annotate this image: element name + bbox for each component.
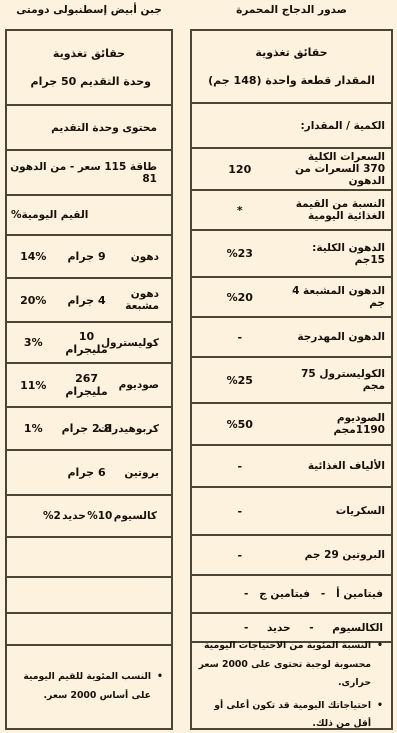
page: جبن أبيض إسطنبولى دومتى صدور الدجاج المح… [0,0,397,733]
row-label: كوليسترول [114,337,171,349]
row-percent: 14% [7,250,59,263]
table-row: محتوى وحدة التقديم [7,106,171,151]
row-label: حديد [267,622,291,634]
row-label: النسبة من القيمة الغذائية اليومية [288,198,391,222]
row-value: %2 [43,510,61,522]
table-row: الدهون الكلية: 15جم%23 [192,231,391,278]
nutrition-table-cheese: حقائق تغذوية وحدة التقديم 50 جرام محتوى … [5,29,173,730]
row-amount: 10 مليجرام [60,330,114,356]
row-label: طاقة 115 سعر - من الدهون 81 [7,161,171,185]
row-label: الكالسيوم [332,622,383,634]
row-value: %10 [87,510,112,522]
row-label: الصوديوم 1190مجم [288,412,391,436]
header-facts-label: حقائق تغذوية [7,47,171,60]
row-value: * [192,204,288,217]
table-row: الدهون المشبعة 4 جم%20 [192,278,391,318]
row-label: كربوهيدرات [114,423,171,435]
row-label: فيتامين أ [336,588,383,600]
row-percent: 20% [7,294,59,307]
table-header: حقائق تغذوية وحدة التقديم 50 جرام [7,31,171,106]
row-value: %23 [192,247,288,260]
row-value: - [192,331,288,344]
header-facts-label: حقائق تغذوية [192,46,391,59]
table-row: كالسيوم%10حديد%2 [7,496,171,538]
table-row: صوديوم267 مليجرام11% [7,364,171,408]
header-serving-label: وحدة التقديم 50 جرام [7,75,171,88]
row-value: %50 [192,418,288,431]
table-row: الصوديوم 1190مجم%50 [192,404,391,446]
bullet-icon: • [377,637,383,693]
footnote-text: النسب المئوية للقيم اليومية على أساس 200… [11,668,151,705]
row-label: الدهون المشبعة 4 جم [288,285,391,309]
row-percent: 11% [7,379,59,392]
footnote-text: احتياجاتك اليومية قد تكون أعلى أو أقل من… [196,697,371,733]
bullet-icon: • [377,697,383,733]
row-label: الكمية / المقدار: [192,120,391,132]
table-header: حقائق تغذوية المقدار قطعة واحدة (148 جم) [192,31,391,104]
row-label: دهون مشبعة [114,288,171,312]
footnote: •النسبة المئوية من الاحتياجات اليومية مح… [196,637,383,693]
row-value: - [192,505,288,518]
footnote: •النسب المئوية للقيم اليومية على أساس 20… [11,668,163,705]
row-label: دهون [114,251,171,263]
row-amount: 9 جرام [60,250,114,263]
left-table-title: جبن أبيض إسطنبولى دومتى [5,4,173,16]
row-label: القيم اليومية% [7,209,171,221]
bullet-icon: • [157,668,163,705]
table-row: البروتين 29 جم- [192,536,391,576]
header-serving-label: المقدار قطعة واحدة (148 جم) [192,74,391,87]
table-footnotes: •النسبة المئوية من الاحتياجات اليومية مح… [192,643,391,728]
row-percent: 3% [7,336,59,349]
footnote-text: النسبة المئوية من الاحتياجات اليومية محس… [196,637,371,693]
table-row: الدهون المهدرجة- [192,318,391,358]
row-value: - [244,622,248,634]
table-row: دهون9 جرام14% [7,236,171,279]
row-label: محتوى وحدة التقديم [7,122,171,134]
row-amount: 2.8 جرام [60,422,114,435]
row-label: الكوليسترول 75 مجم [288,368,391,392]
row-label: السكريات [288,505,391,517]
table-row [7,578,171,614]
row-label: الدهون الكلية: 15جم [288,242,391,266]
table-row: النسبة من القيمة الغذائية اليومية* [192,191,391,231]
row-label: الدهون المهدرجة [288,331,391,343]
table-row [7,538,171,578]
table-row [7,614,171,646]
table-footnotes: •النسب المئوية للقيم اليومية على أساس 20… [7,646,171,728]
row-label: صوديوم [114,379,171,391]
table-row: القيم اليومية% [7,196,171,236]
footnote: •احتياجاتك اليومية قد تكون أعلى أو أقل م… [196,697,383,733]
row-label: بروتين [114,467,171,479]
row-value: %20 [192,291,288,304]
table-row: الكمية / المقدار: [192,104,391,149]
table-row: السعرات الكلية 370 السعرات من الدهون120 [192,149,391,191]
row-value: - [309,622,313,634]
row-label: الألياف الغذائية [288,460,391,472]
table-row: كوليسترول10 مليجرام3% [7,323,171,364]
row-value: - [321,588,325,600]
table-row: الكوليسترول 75 مجم%25 [192,358,391,404]
row-value: - [192,549,288,562]
right-table-title: صدور الدجاج المحمرة [190,4,393,16]
row-amount: 6 جرام [60,466,114,479]
row-percent: 1% [7,422,59,435]
table-row: دهون مشبعة4 جرام20% [7,279,171,323]
table-row: كربوهيدرات2.8 جرام1% [7,408,171,451]
row-value: %25 [192,374,288,387]
table-row: بروتين6 جرام [7,451,171,496]
row-amount: 4 جرام [60,294,114,307]
row-value: 120 [192,163,288,176]
row-label: السعرات الكلية 370 السعرات من الدهون [288,151,391,187]
row-value: - [244,588,248,600]
table-row: الألياف الغذائية- [192,446,391,488]
row-label: البروتين 29 جم [288,549,391,561]
nutrition-table-chicken: حقائق تغذوية المقدار قطعة واحدة (148 جم)… [190,29,393,730]
row-label: فيتامين ج [259,588,310,600]
table-row: السكريات- [192,488,391,536]
table-row: فيتامين أ-فيتامين ج- [192,576,391,614]
row-amount: 267 مليجرام [60,372,114,398]
row-value: - [192,460,288,473]
row-label: كالسيوم [114,510,157,522]
table-row: طاقة 115 سعر - من الدهون 81 [7,151,171,196]
row-label: حديد [62,510,86,522]
